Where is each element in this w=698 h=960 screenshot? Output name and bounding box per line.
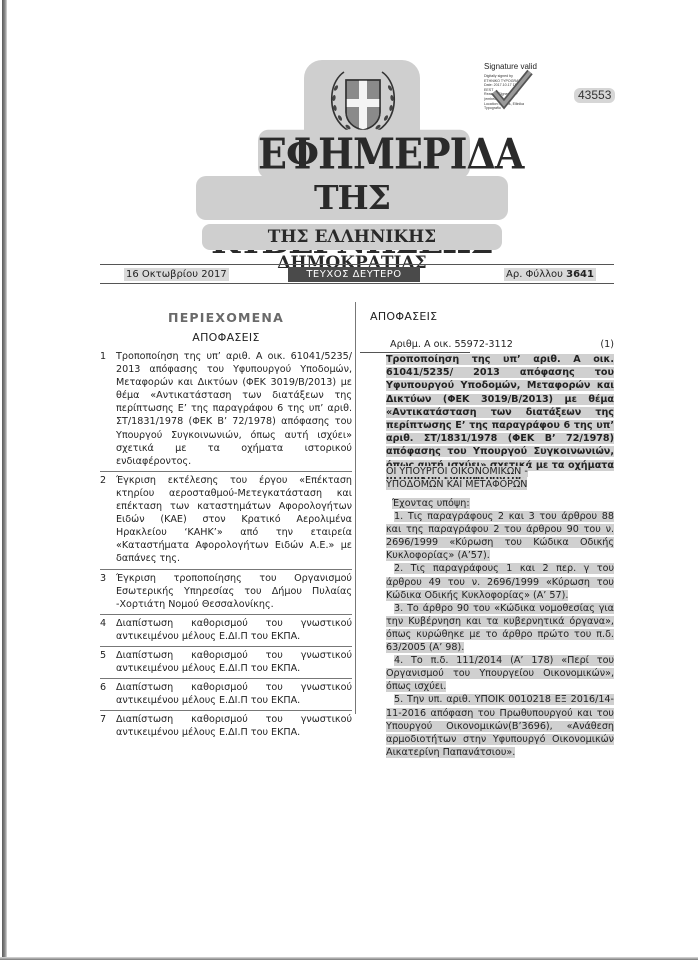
contents-item-text: Έγκριση τροποποίησης του Οργανισμού Εσωτ… xyxy=(116,572,352,611)
considering-lead: Έχοντας υπόψη: xyxy=(392,498,470,509)
info-bar-top-rule xyxy=(100,264,614,265)
contents-item-number: 1 xyxy=(100,350,116,468)
contents-subtitle: ΑΠΟΦΑΣΕΙΣ xyxy=(100,331,352,344)
contents-title: ΠΕΡΙΕΧΟΜΕΝΑ xyxy=(100,310,352,325)
considering-item: 3. Το άρθρο 90 του «Κώδικα νομοθεσίας γι… xyxy=(386,603,614,653)
contents-item-text: Διαπίστωση καθορισμού του γνωστικού αντι… xyxy=(116,617,352,643)
contents-item-number: 3 xyxy=(100,572,116,611)
contents-item-number: 6 xyxy=(100,681,116,707)
decisions-heading: ΑΠΟΦΑΣΕΙΣ xyxy=(370,310,437,323)
masthead-title: ΕΦΗΜΕΡΙΔΑ xyxy=(258,130,470,178)
decision-reference: Αριθμ. Α οικ. 55972-3112 (1) xyxy=(360,338,614,351)
contents-item-text: Διαπίστωση καθορισμού του γνωστικού αντι… xyxy=(116,713,352,739)
info-bar-bottom-rule xyxy=(100,283,614,284)
column-divider xyxy=(355,302,356,714)
contents-item-number: 2 xyxy=(100,474,116,566)
page-number: 43553 xyxy=(574,88,615,103)
considering-item: 2. Τις παραγράφους 1 και 2 περ. γ του άρ… xyxy=(386,563,614,600)
ministers-line-1: ΟΙ ΥΠΟΥΡΓΟΙ ΟΙΚΟΝΟΜΙΚΩΝ - xyxy=(386,466,528,477)
issuing-ministers: ΟΙ ΥΠΟΥΡΓΟΙ ΟΙΚΟΝΟΜΙΚΩΝ - ΥΠΟΔΟΜΩΝ ΚΑΙ Μ… xyxy=(386,465,614,491)
contents-item: 7 Διαπίστωση καθορισμού του γνωστικού αν… xyxy=(100,710,352,742)
scan-page-edge xyxy=(2,0,7,960)
contents-item-text: Τροποποίηση της υπ’ αριθ. Α οικ. 61041/5… xyxy=(116,350,352,468)
contents-item-text: Έγκριση εκτέλεσης του έργου «Επέκταση κτ… xyxy=(116,474,352,566)
issue-series: ΤΕΥΧΟΣ ΔΕΥΤΕΡΟ xyxy=(288,267,420,282)
decision-ref-number: Αριθμ. Α οικ. 55972-3112 xyxy=(390,338,513,351)
masthead-subtitle: ΤΗΣ ΚΥΒΕΡΝΗΣΕΩΣ xyxy=(196,176,508,220)
contents-item-number: 5 xyxy=(100,649,116,675)
considering-item: 5. Την υπ. αριθ. ΥΠΟΙΚ 0010218 ΕΞ 2016/1… xyxy=(386,694,614,757)
checkmark-icon xyxy=(488,68,534,112)
contents-item: 6 Διαπίστωση καθορισμού του γνωστικού αν… xyxy=(100,678,352,710)
contents-item-number: 4 xyxy=(100,617,116,643)
sheet-value: 3641 xyxy=(566,269,594,280)
sheet-label: Αρ. Φύλλου xyxy=(506,269,563,280)
considering-item: 1. Τις παραγράφους 2 και 3 του άρθρου 88… xyxy=(386,511,614,561)
contents-item-number: 7 xyxy=(100,713,116,739)
considering-item: 4. Το π.δ. 111/2014 (Α’ 178) «Περί του Ο… xyxy=(386,655,614,692)
contents-item: 1 Τροποποίηση της υπ’ αριθ. Α οικ. 61041… xyxy=(100,348,352,471)
contents-item: 4 Διαπίστωση καθορισμού του γνωστικού αν… xyxy=(100,614,352,646)
contents-list: 1 Τροποποίηση της υπ’ αριθ. Α οικ. 61041… xyxy=(100,348,352,743)
decision-index: (1) xyxy=(600,338,614,351)
contents-item-text: Διαπίστωση καθορισμού του γνωστικού αντι… xyxy=(116,681,352,707)
contents-item-text: Διαπίστωση καθορισμού του γνωστικού αντι… xyxy=(116,649,352,675)
issue-date: 16 Οκτωβρίου 2017 xyxy=(124,268,229,281)
considering-list: Έχοντας υπόψη: 1. Τις παραγράφους 2 και … xyxy=(386,497,614,759)
ministers-line-2: ΥΠΟΔΟΜΩΝ ΚΑΙ ΜΕΤΑΦΟΡΩΝ xyxy=(386,479,527,490)
contents-item: 5 Διαπίστωση καθορισμού του γνωστικού αν… xyxy=(100,646,352,678)
masthead-republic: ΤΗΣ ΕΛΛΗΝΙΚΗΣ ΔΗΜΟΚΡΑΤΙΑΣ xyxy=(202,224,502,250)
contents-item: 2 Έγκριση εκτέλεσης του έργου «Επέκταση … xyxy=(100,471,352,569)
contents-item: 3 Έγκριση τροποποίησης του Οργανισμού Εσ… xyxy=(100,569,352,614)
sheet-number: Αρ. Φύλλου 3641 xyxy=(504,268,596,281)
digital-signature: Signature valid Digitally signed by ETHN… xyxy=(484,62,564,112)
